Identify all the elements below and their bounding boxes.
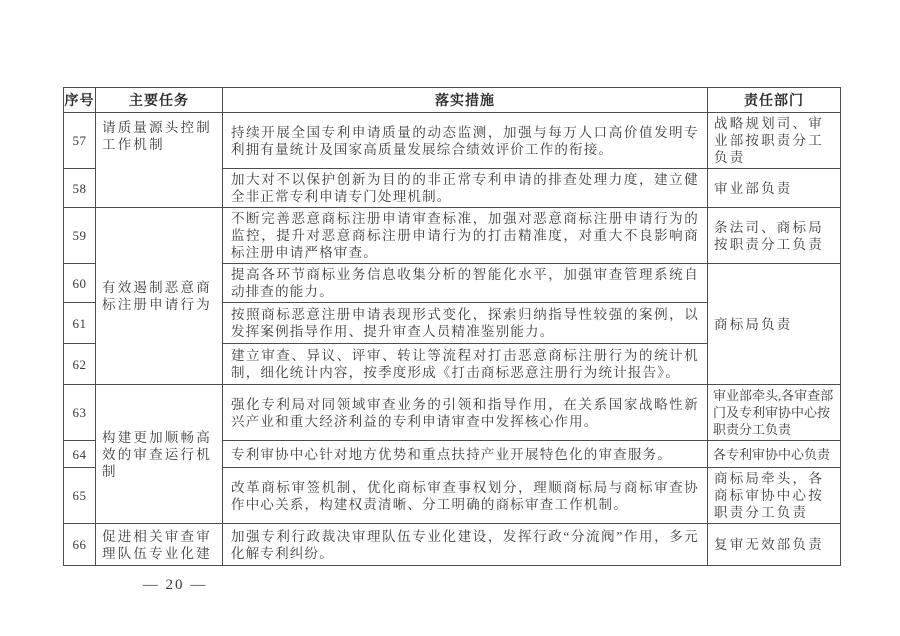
dept-cell-60-62: 商标局负责 bbox=[708, 264, 841, 385]
table-row-59: 59 有效遏制恶意商标注册申请行为 不断完善恶意商标注册申请审查标准，加强对恶意… bbox=[64, 208, 841, 264]
task-cell-63-65: 构建更加顺畅高效的审查运行机制 bbox=[96, 385, 223, 524]
measure-cell-64: 专利审协中心针对地方优势和重点扶持产业开展特色化的审查服务。 bbox=[223, 441, 708, 468]
task-cell-66: 促进相关审查审理队伍专业化建 bbox=[96, 524, 223, 566]
dept-cell-57: 战略规划司、审业部按职责分工负责 bbox=[708, 113, 841, 169]
document-page: 序号 主要任务 落实措施 责任部门 57 请质量源头控制工作机制 持续开展全国专… bbox=[0, 0, 900, 636]
row-number-58: 58 bbox=[64, 169, 96, 208]
table-header-row: 序号 主要任务 落实措施 责任部门 bbox=[64, 88, 841, 113]
measure-cell-63: 强化专利局对同领域审查业务的引领和指导作用，在关系国家战略性新兴产业和重大经济利… bbox=[223, 385, 708, 441]
row-number-62: 62 bbox=[64, 344, 96, 385]
measure-cell-62: 建立审查、异议、评审、转让等流程对打击恶意商标注册行为的统计机制，细化统计内容，… bbox=[223, 344, 708, 385]
measure-cell-57: 持续开展全国专利申请质量的动态监测，加强与每万人口高价值发明专利拥有量统计及国家… bbox=[223, 113, 708, 169]
measure-cell-59: 不断完善恶意商标注册申请审查标准，加强对恶意商标注册申请行为的监控，提升对恶意商… bbox=[223, 208, 708, 264]
table-row-63: 63 构建更加顺畅高效的审查运行机制 强化专利局对同领域审查业务的引领和指导作用… bbox=[64, 385, 841, 441]
row-number-63: 63 bbox=[64, 385, 96, 441]
task-cell-59-62: 有效遏制恶意商标注册申请行为 bbox=[96, 208, 223, 385]
dept-cell-58: 审业部负责 bbox=[708, 169, 841, 208]
dept-cell-65: 商标局牵头，各商标审协中心按职责分工负责 bbox=[708, 468, 841, 524]
row-number-59: 59 bbox=[64, 208, 96, 264]
column-header-measure: 落实措施 bbox=[223, 88, 708, 113]
row-number-57: 57 bbox=[64, 113, 96, 169]
task-cell-57-58: 请质量源头控制工作机制 bbox=[96, 113, 223, 208]
table-row-57: 57 请质量源头控制工作机制 持续开展全国专利申请质量的动态监测，加强与每万人口… bbox=[64, 113, 841, 169]
measure-cell-58: 加大对不以保护创新为目的的非正常专利申请的排查处理力度，建立健全非正常专利申请专… bbox=[223, 169, 708, 208]
measure-cell-66: 加强专利行政裁决审理队伍专业化建设，发挥行政“分流阀”作用，多元化解专利纠纷。 bbox=[223, 524, 708, 566]
dept-cell-66: 复审无效部负责 bbox=[708, 524, 841, 566]
row-number-60: 60 bbox=[64, 264, 96, 303]
row-number-66: 66 bbox=[64, 524, 96, 566]
dept-cell-63: 审业部牵头,各审查部门及专利审协中心按职责分工负责 bbox=[708, 385, 841, 441]
dept-cell-64: 各专利审协中心负责 bbox=[708, 441, 841, 468]
row-number-61: 61 bbox=[64, 303, 96, 344]
row-number-64: 64 bbox=[64, 441, 96, 468]
column-header-no: 序号 bbox=[64, 88, 96, 113]
column-header-task: 主要任务 bbox=[96, 88, 223, 113]
measure-cell-65: 改革商标审签机制，优化商标审查事权划分，理顺商标局与商标审查协作中心关系，构建权… bbox=[223, 468, 708, 524]
measure-cell-61: 按照商标恶意注册申请表现形式变化，探索归纳指导性较强的案例，以发挥案例指导作用、… bbox=[223, 303, 708, 344]
row-number-65: 65 bbox=[64, 468, 96, 524]
dept-cell-59: 条法司、商标局按职责分工负责 bbox=[708, 208, 841, 264]
table-row-66: 66 促进相关审查审理队伍专业化建 加强专利行政裁决审理队伍专业化建设，发挥行政… bbox=[64, 524, 841, 566]
tasks-measures-table: 序号 主要任务 落实措施 责任部门 57 请质量源头控制工作机制 持续开展全国专… bbox=[63, 87, 841, 566]
measure-cell-60: 提高各环节商标业务信息收集分析的智能化水平，加强审查管理系统自动排查的能力。 bbox=[223, 264, 708, 303]
column-header-dept: 责任部门 bbox=[708, 88, 841, 113]
page-number: — 20 — bbox=[115, 577, 235, 594]
